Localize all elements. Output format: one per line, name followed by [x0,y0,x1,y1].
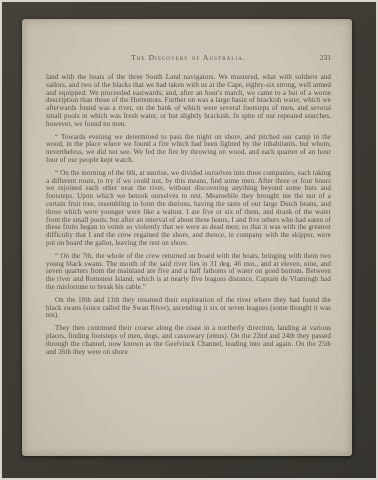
scanned-book-photo: The Discovery of Australia. 231 land wit… [0,0,378,480]
page-number: 231 [320,53,331,62]
paragraph: “ On the morning of the 6th, at sunrise,… [46,170,331,248]
paragraph: “ Towards evening we determined to pass … [46,134,331,165]
book-page: The Discovery of Australia. 231 land wit… [22,19,352,456]
paragraph: “ On the 7th, the whole of the crew retu… [46,253,331,292]
body-paragraphs: land with the boats of the three South L… [46,74,331,356]
running-head: The Discovery of Australia. 231 [46,53,331,65]
running-head-title: The Discovery of Australia. [46,53,331,62]
paragraph: On the 10th and 11th they resumed their … [46,297,331,320]
paragraph: land with the boats of the three South L… [46,74,331,129]
paragraph: They then continued their course along t… [46,325,331,356]
